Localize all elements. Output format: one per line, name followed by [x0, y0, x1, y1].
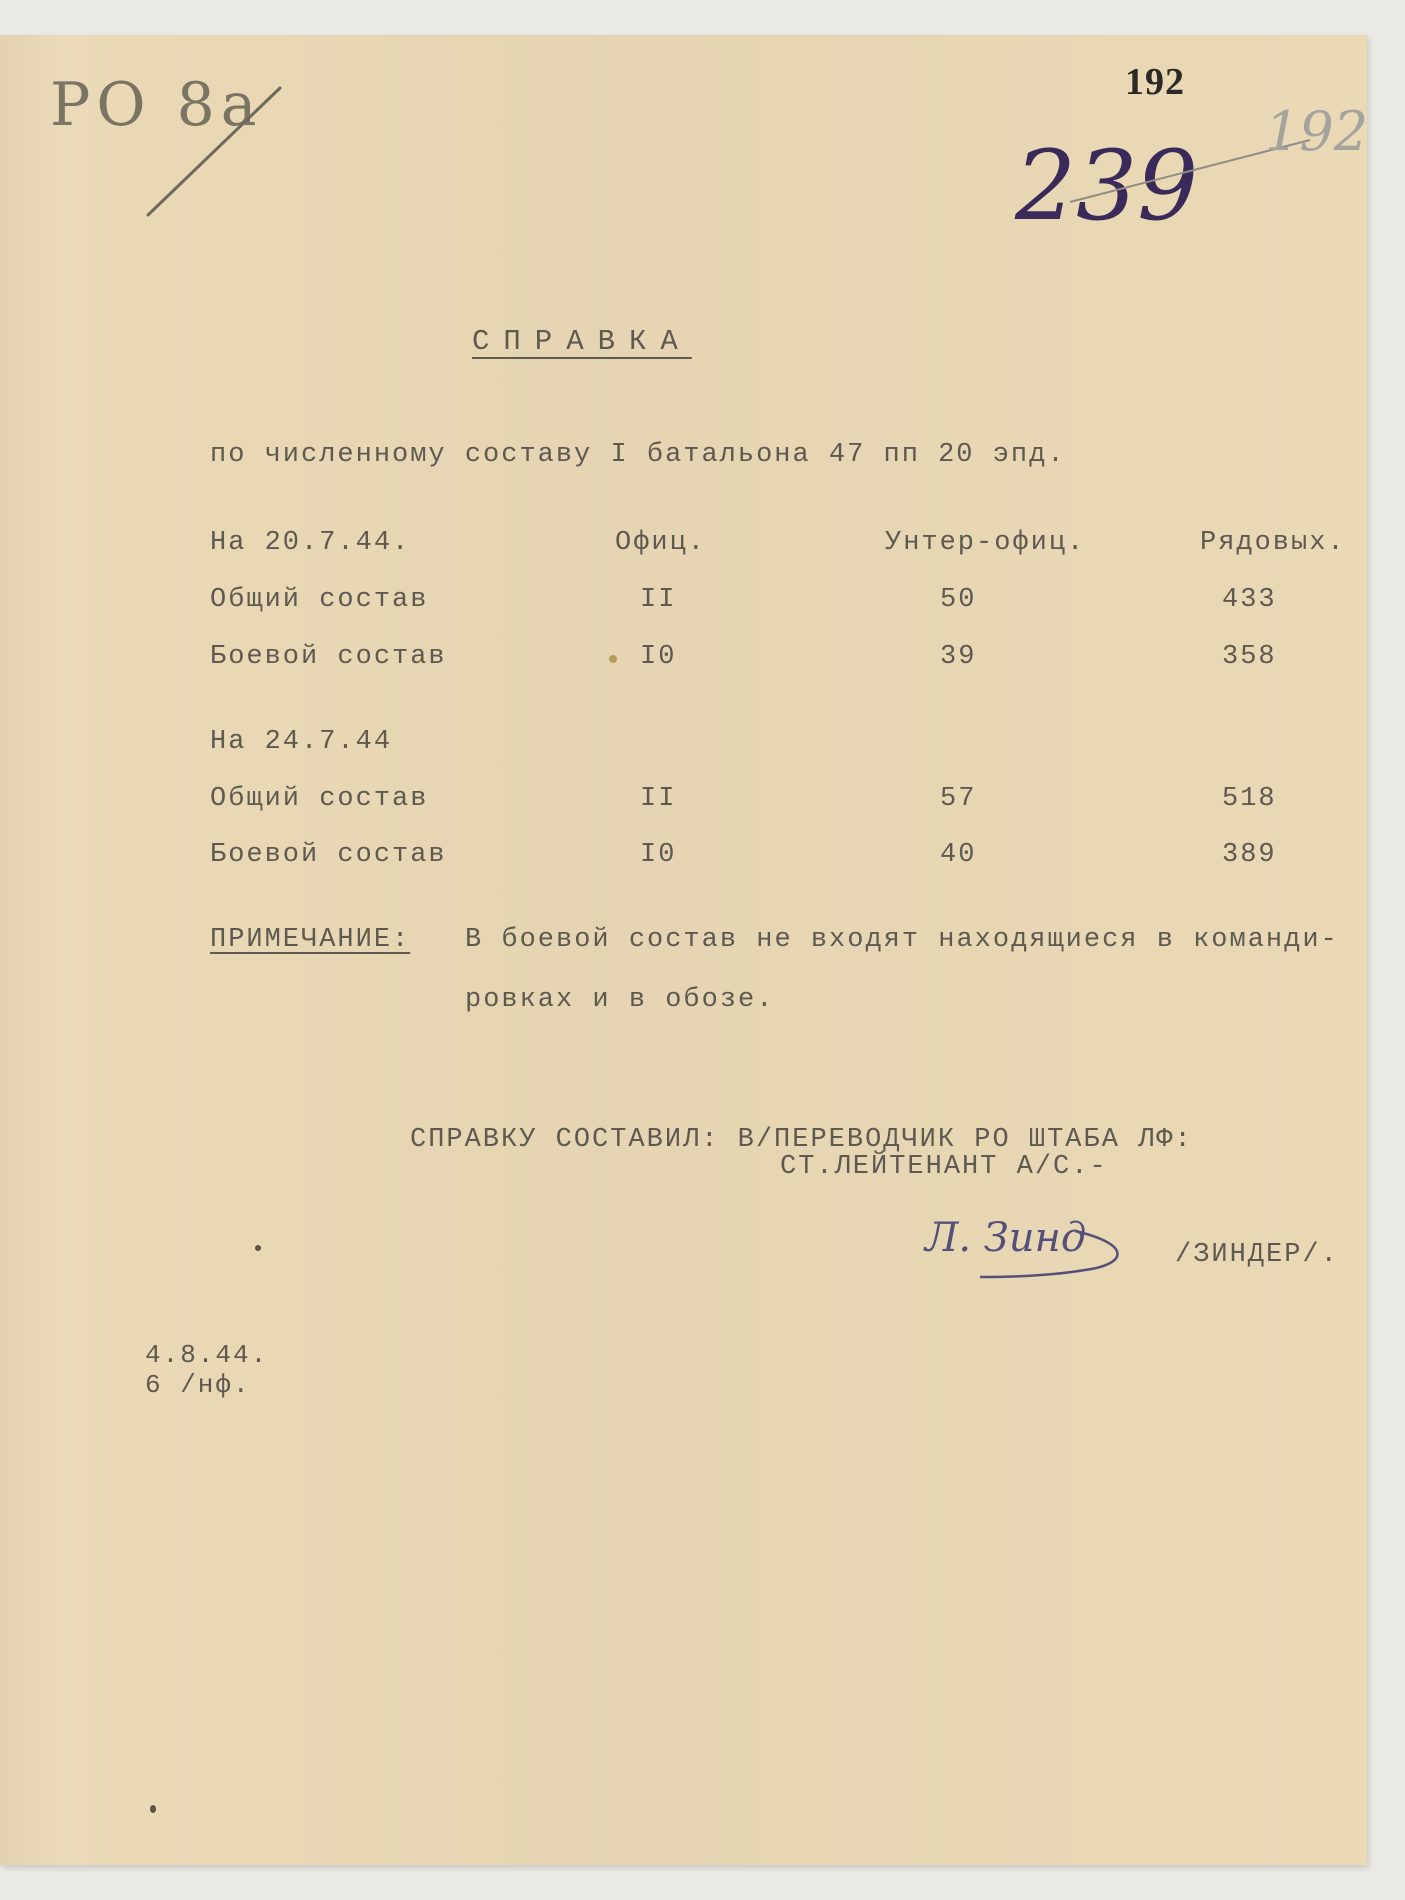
row-label: Общий состав: [210, 784, 428, 814]
cell-privates: 518: [1222, 784, 1277, 814]
cell-privates: 433: [1222, 585, 1277, 615]
rank-line: СТ.ЛЕЙТЕНАНТ А/С.-: [780, 1152, 1108, 1182]
page-number: 192: [1125, 60, 1185, 104]
cell-officers: I0: [640, 840, 676, 870]
cell-officers: I0: [640, 642, 676, 672]
note-line-2: ровках и в обозе.: [465, 985, 774, 1015]
paper-speck: [255, 1245, 261, 1251]
paper-speck: [609, 655, 617, 663]
section-date-label: На 20.7.44.: [210, 528, 410, 558]
typed-name: /ЗИНДЕР/.: [1175, 1240, 1339, 1270]
slash-mark-icon: [140, 80, 290, 220]
folio-number-pencil: 192: [1265, 100, 1368, 163]
note-line-1: В боевой состав не входят находящиеся в …: [465, 925, 1339, 955]
section-date-label: На 24.7.44: [210, 727, 392, 757]
cell-nco: 40: [940, 840, 976, 870]
cell-privates: 389: [1222, 840, 1277, 870]
footer-ref: 6 /нф.: [145, 1370, 251, 1400]
cell-officers: II: [640, 784, 676, 814]
cell-nco: 50: [940, 585, 976, 615]
cell-nco: 39: [940, 642, 976, 672]
document-title: СПРАВКА: [472, 325, 692, 358]
footer-date: 4.8.44.: [145, 1340, 268, 1370]
cell-officers: II: [640, 585, 676, 615]
column-header-nco: Унтер-офиц.: [885, 528, 1085, 558]
cell-privates: 358: [1222, 642, 1277, 672]
compiled-by-line: СПРАВКУ СОСТАВИЛ: В/ПЕРЕВОДЧИК РО ШТАБА …: [410, 1125, 1193, 1155]
column-header-privates: Рядовых.: [1200, 528, 1346, 558]
signature-flourish-icon: [975, 1225, 1145, 1285]
row-label: Боевой состав: [210, 840, 447, 870]
document-subtitle: по численному составу I батальона 47 пп …: [210, 440, 1066, 470]
cell-nco: 57: [940, 784, 976, 814]
paper-speck: [150, 1805, 156, 1813]
note-label: ПРИМЕЧАНИЕ:: [210, 925, 410, 955]
row-label: Общий состав: [210, 585, 428, 615]
column-header-officers: Офиц.: [615, 528, 706, 558]
row-label: Боевой состав: [210, 642, 447, 672]
